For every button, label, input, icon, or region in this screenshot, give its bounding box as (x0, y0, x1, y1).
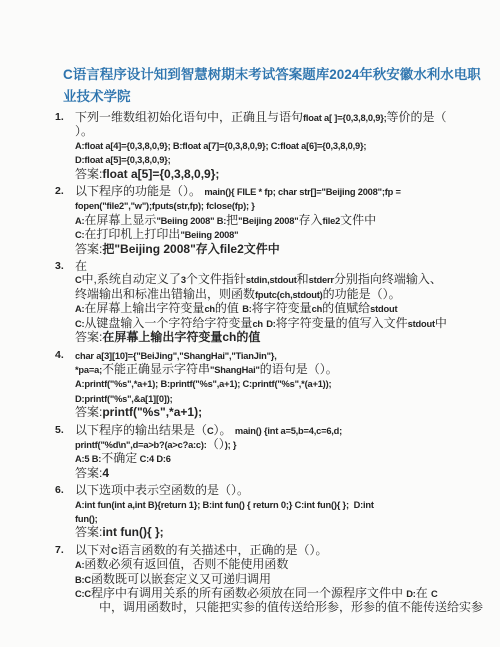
code-text: float a[ ]={0,3,8,0,9}; (303, 113, 387, 123)
text-line: 答案:4 (75, 467, 475, 480)
code-text: D: (266, 319, 275, 329)
question-number: 7. (55, 544, 75, 615)
text-run: 以下选项中表示空函数的是（）。 (75, 483, 249, 497)
code-text: A: (75, 304, 84, 314)
question-item: 3.在C中,系统自动定义了3个文件指针stdin,stdout和stderr分别… (55, 260, 475, 344)
answer-text: 4 (102, 466, 109, 480)
code-text: C:C (75, 589, 91, 599)
code-text: printf("%d\n",d=a>b?(a>c?a:c): (75, 440, 207, 450)
code-text: ch (312, 304, 322, 314)
page-title: C语言程序设计知到智慧树期末考试答案题库2024年秋安徽水利水电职业技术学院 (63, 64, 489, 107)
text-line: ）。 (75, 125, 475, 138)
code-text: stdout (370, 304, 397, 314)
answer-text: int fun(){ }; (102, 525, 163, 539)
code-text: B: (242, 304, 251, 314)
code-text: fun(); (75, 514, 98, 524)
text-run: 等价的是（ (387, 110, 447, 124)
answer-text: 把"Beijing 2008"存入file2文件中 (102, 242, 279, 256)
text-line: A:printf("%s",*a+1); B:printf("%s",a+1);… (75, 377, 475, 391)
text-run: 分别指向终端输入、 (334, 272, 442, 286)
code-text: ch (252, 319, 262, 329)
code-text: ); } (225, 440, 237, 450)
code-text: fopen("file2","w");fputs(str,fp); fclose… (75, 201, 255, 211)
question-body: 以下程序的功能是（）。 main(){ FILE * fp; char str[… (75, 185, 475, 256)
text-run: （） (207, 437, 225, 451)
text-line: 答案:int fun(){ }; (75, 526, 475, 539)
code-text: A:float a[4]={0,3,8,0,9}; B:float a[7]={… (75, 141, 366, 151)
code-text: C: (75, 230, 84, 240)
question-body: 以下选项中表示空函数的是（）。A:int fun(int a,int B){re… (75, 484, 475, 540)
question-body: 以下对C语言函数的有关描述中，正确的是（）。A:函数必须有返回值，否则不能使用函… (75, 544, 475, 615)
text-run: 函数既可以嵌套定义又可递归调用 (91, 572, 271, 586)
text-run: 将字符变量 (252, 301, 312, 315)
question-list: 1.下列一维数组初始化语句中，正确且与语句float a[ ]={0,3,8,0… (55, 111, 475, 615)
code-text: D:printf("%s",&a[1][0]); (75, 394, 173, 404)
code-text: char a[3][10]={"BeiJing","ShangHai","Tia… (75, 351, 277, 361)
text-run: 在 (75, 259, 87, 273)
code-text: "Beiing 2008" (180, 230, 238, 240)
text-line: C中,系统自动定义了3个文件指针stdin,stdout和stderr分别指向终… (75, 273, 475, 287)
text-line: 以下选项中表示空函数的是（）。 (75, 484, 475, 497)
text-line: fun(); (75, 512, 475, 526)
question-number: 5. (55, 424, 75, 481)
code-text: B:C (75, 575, 91, 585)
question-number: 1. (55, 111, 75, 181)
text-run: 中，调用函数时，只能把实参的值传送给形参，形参的值不能传送给实参 (75, 600, 483, 614)
text-line: 答案:把"Beijing 2008"存入file2文件中 (75, 243, 475, 256)
text-run: 函数必须有返回值，否则不能使用函数 (84, 557, 288, 571)
code-text: stderr (309, 275, 334, 285)
code-text: "Beijing 2008" (238, 216, 298, 226)
code-text: "Beiing 2008" (156, 216, 216, 226)
text-line: 以下程序的功能是（）。 main(){ FILE * fp; char str[… (75, 185, 475, 199)
text-run: 把 (226, 213, 238, 227)
text-line: *pa=a;不能正确显示字符串"ShangHai"的语句是（）。 (75, 363, 475, 377)
question-number: 4. (55, 349, 75, 420)
code-text: C:4 D:6 (137, 454, 171, 464)
text-run: 以下程序的功能是（）。 (75, 184, 204, 198)
text-line: A:int fun(int a,int B){return 1}; B:int … (75, 498, 475, 512)
code-text: A: (75, 216, 84, 226)
question-number: 3. (55, 260, 75, 344)
text-run: 将字符变量的值写入文件 (276, 316, 408, 330)
code-text: C: (75, 319, 84, 329)
question-number: 2. (55, 185, 75, 256)
question-item: 2.以下程序的功能是（）。 main(){ FILE * fp; char st… (55, 185, 475, 256)
code-text: A:int fun(int a,int B){return 1}; B:int … (75, 500, 374, 510)
text-run: 在屏幕上显示 (84, 213, 156, 227)
text-run: 不能正确显示字符串 (102, 362, 210, 376)
text-line: 下列一维数组初始化语句中，正确且与语句float a[ ]={0,3,8,0,9… (75, 111, 475, 125)
answer-label: 答案: (75, 167, 102, 181)
code-text: A:printf("%s",*a+1); B:printf("%s",a+1);… (75, 379, 331, 389)
code-text: *pa=a; (75, 365, 102, 375)
code-text: C (431, 589, 438, 599)
text-run: 从键盘输入一个字符给字符变量 (84, 316, 252, 330)
code-text: B: (217, 216, 226, 226)
question-item: 7.以下对C语言函数的有关描述中，正确的是（）。A:函数必须有返回值，否则不能使… (55, 544, 475, 615)
text-line: A:5 B:不确定 C:4 D:6 (75, 452, 475, 466)
code-text: ch (204, 304, 214, 314)
answer-label: 答案: (75, 466, 102, 480)
code-text: A: (75, 560, 84, 570)
text-run: 不确定 (101, 451, 137, 465)
answer-label: 答案: (75, 525, 102, 539)
text-run: 终端输出和标准出错输出，则函数 (75, 287, 255, 301)
code-text: fputc(ch,stdout) (255, 290, 323, 300)
answer-label: 答案: (75, 405, 102, 419)
text-line: A:float a[4]={0,3,8,0,9}; B:float a[7]={… (75, 139, 475, 153)
question-body: char a[3][10]={"BeiJing","ShangHai","Tia… (75, 349, 475, 420)
code-text: "ShangHai" (210, 365, 260, 375)
answer-text: 在屏幕上输出字符变量ch的值 (102, 330, 260, 344)
question-body: 下列一维数组初始化语句中，正确且与语句float a[ ]={0,3,8,0,9… (75, 111, 475, 181)
text-run: 语言函数的有关描述中，正确的是（）。 (118, 543, 328, 557)
answer-text: printf("%s",*a+1); (102, 405, 202, 419)
answer-label: 答案: (75, 330, 102, 344)
text-line: printf("%d\n",d=a>b?(a>c?a:c):（）); } (75, 438, 475, 452)
code-text: main() {int a=5,b=4,c=6,d; (235, 426, 342, 436)
question-item: 6.以下选项中表示空函数的是（）。A:int fun(int a,int B){… (55, 484, 475, 540)
answer-text: float a[5]={0,3,8,0,9}; (102, 167, 219, 181)
text-run: 在屏幕上输出字符变量 (84, 301, 204, 315)
document-page: C语言程序设计知到智慧树期末考试答案题库2024年秋安徽水利水电职业技术学院 1… (0, 0, 500, 647)
question-item: 1.下列一维数组初始化语句中，正确且与语句float a[ ]={0,3,8,0… (55, 111, 475, 181)
text-run: 的功能是（）。 (323, 287, 401, 301)
question-body: 在C中,系统自动定义了3个文件指针stdin,stdout和stderr分别指向… (75, 260, 475, 344)
text-line: 答案:float a[5]={0,3,8,0,9}; (75, 168, 475, 181)
text-run: 程序中有调用关系的所有函数必须放在同一个源程序文件中 (91, 586, 406, 600)
text-run: ）。 (75, 124, 93, 138)
code-text: main(){ FILE * fp; char str[]="Beijing 2… (204, 187, 400, 197)
text-run: 个文件指针 (186, 272, 246, 286)
text-line: A:函数必须有返回值，否则不能使用函数 (75, 558, 475, 572)
code-text: stdin,stdout (246, 275, 297, 285)
text-line: fopen("file2","w");fputs(str,fp); fclose… (75, 199, 475, 213)
code-text: stdout (408, 319, 435, 329)
text-run: 在打印机上打印出 (84, 227, 180, 241)
text-line: A:在屏幕上输出字符变量ch的值 B:将字符变量ch的值赋给stdout (75, 302, 475, 316)
text-run: ）。 (214, 423, 235, 437)
text-run: 文件中 (340, 213, 376, 227)
code-text: file2 (322, 216, 340, 226)
text-line: char a[3][10]={"BeiJing","ShangHai","Tia… (75, 349, 475, 363)
text-run: 中,系统自动定义了 (82, 272, 181, 286)
text-line: D:float a[5]={0,3,8,0,9}; (75, 153, 475, 167)
text-run: 的语句是（）。 (260, 362, 338, 376)
code-text: D:float a[5]={0,3,8,0,9}; (75, 155, 171, 165)
text-run: 下列一维数组初始化语句中，正确且与语句 (75, 110, 303, 124)
question-body: 以下程序的输出结果是（C）。 main() {int a=5,b=4,c=6,d… (75, 424, 475, 481)
text-run: 的值 (215, 301, 242, 315)
question-item: 4.char a[3][10]={"BeiJing","ShangHai","T… (55, 349, 475, 420)
text-run: 以下程序的输出结果是（ (75, 423, 207, 437)
text-line: 答案:在屏幕上输出字符变量ch的值 (75, 331, 475, 344)
text-line: 中，调用函数时，只能把实参的值传送给形参，形参的值不能传送给实参 (75, 601, 475, 614)
text-run: 的值赋给 (322, 301, 370, 315)
text-run: 在 (416, 586, 431, 600)
text-run: 存入 (298, 213, 322, 227)
text-line: B:C函数既可以嵌套定义又可递归调用 (75, 573, 475, 587)
text-line: D:printf("%s",&a[1][0]); (75, 392, 475, 406)
text-run: 和 (297, 272, 309, 286)
text-line: 答案:printf("%s",*a+1); (75, 406, 475, 419)
text-line: C:在打印机上打印出"Beiing 2008" (75, 228, 475, 242)
text-run: 以下对 (75, 543, 111, 557)
text-line: C:从键盘输入一个字符给字符变量ch D:将字符变量的值写入文件stdout中 (75, 317, 475, 331)
answer-label: 答案: (75, 242, 102, 256)
question-item: 5.以下程序的输出结果是（C）。 main() {int a=5,b=4,c=6… (55, 424, 475, 481)
text-line: 以下程序的输出结果是（C）。 main() {int a=5,b=4,c=6,d… (75, 424, 475, 438)
question-number: 6. (55, 484, 75, 540)
text-run: 中 (435, 316, 447, 330)
code-text: D: (406, 589, 415, 599)
code-text: A:5 B: (75, 454, 101, 464)
